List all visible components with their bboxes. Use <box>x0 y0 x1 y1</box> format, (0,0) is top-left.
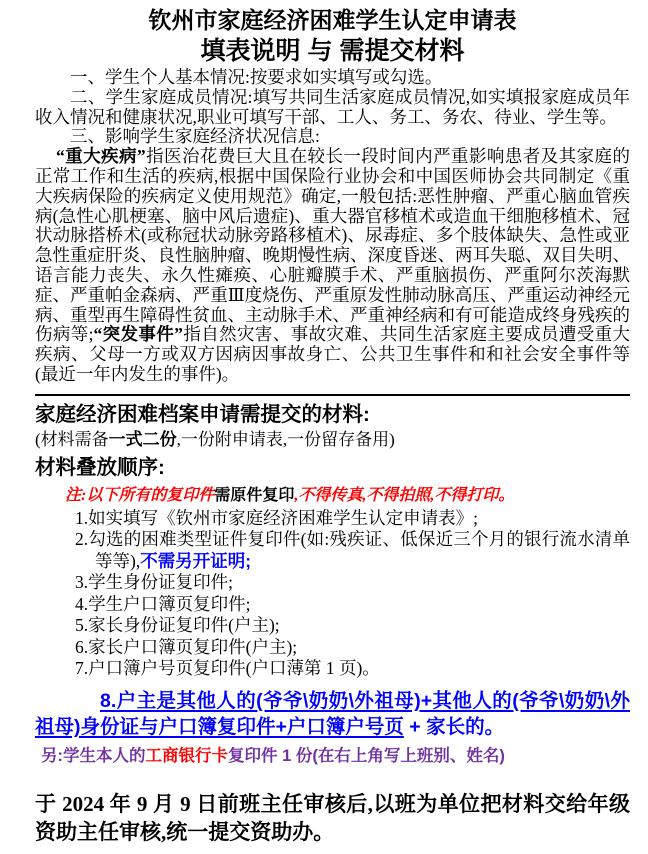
bank-card-note-bank: 工商银行卡 <box>146 747 229 765</box>
material-item-2-highlight: 不需另开证明; <box>140 551 251 571</box>
stacking-order-heading: 材料叠放顺序: <box>35 454 630 481</box>
material-item-5-number: 5. <box>75 615 88 635</box>
copy-warning-note: 注:以下所有的复印件需原件复印,不得传真,不得拍照,不得打印。 <box>65 486 630 506</box>
major-illness-term: “重大疾病” <box>56 146 146 166</box>
instruction-item-1: 一、学生个人基本情况:按要求如实填写或勾选。 <box>35 68 630 88</box>
bank-card-note: 另:学生本人的工商银行卡复印件 1 份(在右上角写上班别、姓名) <box>41 744 630 768</box>
material-item-8-tail: + 家长的。 <box>404 716 504 738</box>
definitions-paragraph: “重大疾病”指医治花费巨大且在较长一段时间内严重影响患者及其家庭的正常工作和生活… <box>35 147 630 385</box>
page-subtitle: 填表说明 与 需提交材料 <box>35 36 630 67</box>
material-item-5: 5.家长身份证复印件(户主); <box>75 615 630 637</box>
materials-copies-note: (材料需备一式二份,一份附申请表,一份留存备用) <box>35 428 630 452</box>
copies-note-bold: 一式二份 <box>109 430 177 449</box>
material-item-8-underlined: 8.户主是其他人的(爷爷\奶奶\外祖母)+其他人的(爷爷\奶奶\外祖母)身份证与… <box>35 690 630 738</box>
material-item-3-number: 3. <box>75 572 88 592</box>
page-title: 钦州市家庭经济困难学生认定申请表 <box>35 6 630 36</box>
warning-red-part1: 注:以下所有的复印件 <box>65 487 214 504</box>
emergency-event-term: “突发事件” <box>94 324 183 344</box>
material-item-4-number: 4. <box>75 594 88 614</box>
material-item-4-text: 学生户口簿页复印件; <box>88 594 250 614</box>
material-item-6-text: 家长户口簿页复印件(户主); <box>88 637 297 657</box>
warning-black-part: 需原件复印 <box>214 487 294 504</box>
material-item-5-text: 家长身份证复印件(户主); <box>88 615 280 635</box>
materials-heading: 家庭经济困难档案申请需提交的材料: <box>35 401 630 428</box>
deadline-paragraph: 于 2024 年 9 月 9 日前班主任审核后,以班为单位把材料交给年级资助主任… <box>35 790 630 846</box>
section-divider <box>35 394 630 396</box>
material-item-1-number: 1. <box>75 508 88 528</box>
material-item-2: 2.勾选的困难类型证件复印件(如:残疾证、低保近三个月的银行流水清单等等),不需… <box>75 529 630 572</box>
material-item-6-number: 6. <box>75 637 88 657</box>
major-illness-definition: 指医治花费巨大且在较长一段时间内严重影响患者及其家庭的正常工作和生活的疾病,根据… <box>35 146 630 344</box>
copies-note-pre: (材料需备 <box>35 430 109 449</box>
material-item-3-text: 学生身份证复印件; <box>88 572 233 592</box>
instruction-item-2: 二、学生家庭成员情况:填写共同生活家庭成员情况,如实填报家庭成员年收入情况和健康… <box>35 88 630 128</box>
material-item-3: 3.学生身份证复印件; <box>75 572 630 594</box>
document-page: 钦州市家庭经济困难学生认定申请表 填表说明 与 需提交材料 一、学生个人基本情况… <box>0 0 648 854</box>
warning-red-part2: ,不得传真,不得拍照,不得打印。 <box>294 487 514 504</box>
material-item-2-number: 2. <box>75 529 88 549</box>
material-item-4: 4.学生户口簿页复印件; <box>75 594 630 616</box>
material-item-7-text: 户口簿户号页复印件(户口薄第 1 页)。 <box>88 658 380 678</box>
material-item-1-text: 如实填写《钦州市家庭经济困难学生认定申请表》; <box>88 508 478 528</box>
material-item-7: 7.户口簿户号页复印件(户口薄第 1 页)。 <box>75 658 630 680</box>
instruction-item-3: 三、影响学生家庭经济状况信息: <box>35 127 630 147</box>
bank-card-note-pre: 另:学生本人的 <box>41 747 146 765</box>
material-item-1: 1.如实填写《钦州市家庭经济困难学生认定申请表》; <box>75 508 630 530</box>
material-item-6: 6.家长户口簿页复印件(户主); <box>75 637 630 659</box>
materials-list: 1.如实填写《钦州市家庭经济困难学生认定申请表》; 2.勾选的困难类型证件复印件… <box>75 508 630 680</box>
bank-card-note-post: 复印件 1 份(在右上角写上班别、姓名) <box>228 747 505 765</box>
material-item-8: 8.户主是其他人的(爷爷\奶奶\外祖母)+其他人的(爷爷\奶奶\外祖母)身份证与… <box>35 688 630 740</box>
material-item-7-number: 7. <box>75 658 88 678</box>
copies-note-post: ,一份附申请表,一份留存备用) <box>177 430 395 449</box>
